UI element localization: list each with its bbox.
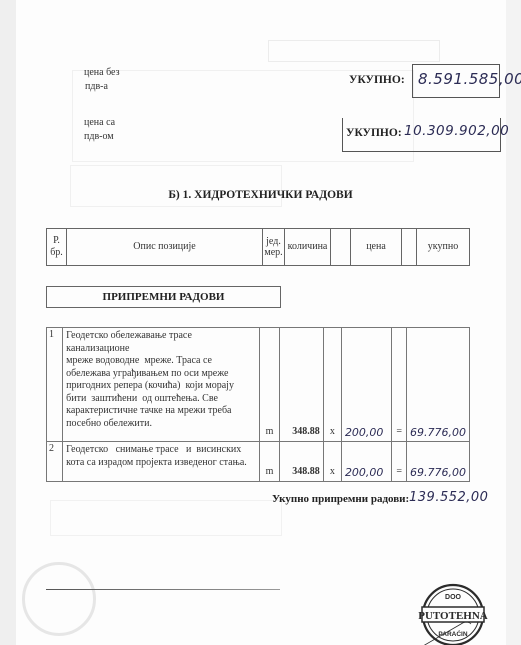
total-with-vat-label: УКУПНО: [346, 127, 402, 139]
item-equals: = [392, 328, 407, 442]
items-table-header: Р. бр. Опис позиције јед. мер. количина … [46, 228, 470, 266]
item-total: 69.776,00 [407, 442, 470, 482]
label-line: пдв-а [84, 80, 120, 94]
description-line: канализационе [66, 343, 256, 356]
description-line: кота са израдом пројекта изведеног стања… [66, 457, 256, 470]
label-line: цена са [84, 116, 115, 130]
price-value: 200,00 [345, 466, 384, 479]
bleed-through-box [268, 40, 440, 62]
description-line: бити заштићени од оштећења. Све [66, 393, 256, 406]
price-with-vat-label: цена са пдв-ом [84, 116, 115, 144]
description-text: Геодетско обележавање трасеканализационе… [66, 330, 256, 430]
item-quantity: 348.88 [280, 328, 324, 442]
header-text: јед. [264, 236, 283, 247]
item-unit: m [259, 442, 279, 482]
signature-line [46, 589, 280, 590]
summary-label: Укупно припремни радови: [272, 493, 409, 505]
item-description: Геодетско снимање трасе и висинскихкота … [63, 442, 260, 482]
item-multiply: x [323, 328, 341, 442]
item-quantity: 348.88 [280, 442, 324, 482]
description-text: Геодетско снимање трасе и висинскихкота … [66, 444, 256, 469]
item-number: 1 [47, 328, 63, 442]
price-value: 200,00 [345, 426, 384, 439]
scroll-gutter [506, 0, 521, 645]
description-line: карактеристичне тачке на мрежи треба [66, 405, 256, 418]
items-table: 1 Геодетско обележавање трасеканализацио… [46, 327, 470, 482]
header-col-price: цена [351, 229, 402, 266]
header-col-unit: јед. мер. [263, 229, 285, 266]
table-row: 2 Геодетско снимање трасе и висинскихкот… [47, 442, 470, 482]
subsection-title: ПРИПРЕМНИ РАДОВИ [46, 286, 281, 308]
description-line: обележава уграђивањем по оси мреже [66, 368, 256, 381]
svg-text:PARAĆIN: PARAĆIN [438, 629, 467, 638]
item-multiply: x [323, 442, 341, 482]
header-text: Р. [48, 235, 65, 247]
company-stamp-icon: DOO PUTOTEHNA PARAĆIN [417, 580, 489, 645]
item-price: 200,00 [341, 442, 391, 482]
header-col-total: укупно [417, 229, 470, 266]
item-equals: = [392, 442, 407, 482]
label-line: цена без [84, 66, 120, 80]
faded-stamp-icon [22, 562, 96, 636]
description-line: посебно обележити. [66, 418, 256, 431]
bleed-through-table [50, 500, 282, 536]
header-col-description: Опис позиције [67, 229, 263, 266]
description-line: Геодетско снимање трасе и висинских [66, 444, 256, 457]
description-line: Геодетско обележавање трасе [66, 330, 256, 343]
description-line: мреже водоводне мреже. Траса се [66, 355, 256, 368]
header-col-no: Р. бр. [47, 229, 67, 266]
section-title: Б) 1. ХИДРОТЕХНИЧКИ РАДОВИ [0, 189, 521, 201]
header-text: мер. [264, 247, 283, 258]
header-text: бр. [48, 247, 65, 259]
svg-text:DOO: DOO [445, 594, 462, 601]
total-without-vat-value: 8.591.585,00 [418, 70, 521, 88]
header-col-x [331, 229, 351, 266]
summary-value: 139.552,00 [409, 490, 488, 505]
total-without-vat-label: УКУПНО: [349, 74, 405, 86]
header-col-eq [402, 229, 417, 266]
description-line: пригодних репера (кочића) који морају [66, 380, 256, 393]
price-without-vat-label: цена без пдв-а [84, 66, 120, 94]
table-row: 1 Геодетско обележавање трасеканализацио… [47, 328, 470, 442]
header-col-quantity: количина [285, 229, 331, 266]
total-value: 69.776,00 [410, 466, 466, 479]
item-total: 69.776,00 [407, 328, 470, 442]
item-number: 2 [47, 442, 63, 482]
total-with-vat-value: 10.309.902,00 [404, 123, 509, 139]
total-value: 69.776,00 [410, 426, 466, 439]
label-line: пдв-ом [84, 130, 115, 144]
item-price: 200,00 [341, 328, 391, 442]
svg-text:PUTOTEHNA: PUTOTEHNA [418, 610, 488, 622]
item-description: Геодетско обележавање трасеканализационе… [63, 328, 260, 442]
item-unit: m [259, 328, 279, 442]
